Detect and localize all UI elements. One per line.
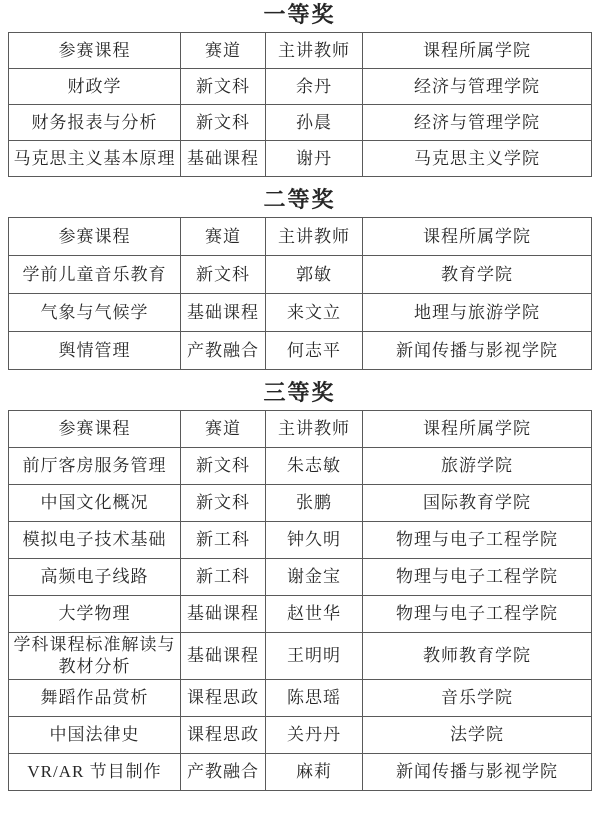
column-header-college: 课程所属学院 bbox=[363, 218, 592, 256]
cell-college: 新闻传播与影视学院 bbox=[363, 754, 592, 791]
cell-track: 基础课程 bbox=[181, 141, 266, 177]
first-prize-table: 参赛课程赛道主讲教师课程所属学院财政学新文科余丹经济与管理学院财务报表与分析新文… bbox=[8, 32, 592, 177]
table-row: 中国文化概况新文科张鹏国际教育学院 bbox=[9, 485, 592, 522]
cell-track: 新工科 bbox=[181, 522, 266, 559]
cell-course: 舆情管理 bbox=[9, 332, 181, 370]
table-row: 大学物理基础课程赵世华物理与电子工程学院 bbox=[9, 596, 592, 633]
column-header-teacher: 主讲教师 bbox=[266, 411, 363, 448]
cell-course: 中国文化概况 bbox=[9, 485, 181, 522]
cell-track: 基础课程 bbox=[181, 294, 266, 332]
table-row: 气象与气候学基础课程来文立地理与旅游学院 bbox=[9, 294, 592, 332]
second-prize-title: 二等奖 bbox=[0, 187, 599, 213]
cell-course: 财政学 bbox=[9, 69, 181, 105]
cell-course: VR/AR 节目制作 bbox=[9, 754, 181, 791]
cell-course: 模拟电子技术基础 bbox=[9, 522, 181, 559]
cell-teacher: 关丹丹 bbox=[266, 717, 363, 754]
cell-teacher: 孙晨 bbox=[266, 105, 363, 141]
table-row: 学科课程标准解读与 教材分析基础课程王明明教师教育学院 bbox=[9, 633, 592, 680]
table-row: 舆情管理产教融合何志平新闻传播与影视学院 bbox=[9, 332, 592, 370]
table-row: 财政学新文科余丹经济与管理学院 bbox=[9, 69, 592, 105]
cell-course: 前厅客房服务管理 bbox=[9, 448, 181, 485]
cell-college: 教育学院 bbox=[363, 256, 592, 294]
column-header-teacher: 主讲教师 bbox=[266, 33, 363, 69]
column-header-course: 参赛课程 bbox=[9, 411, 181, 448]
cell-course: 财务报表与分析 bbox=[9, 105, 181, 141]
third-prize-title: 三等奖 bbox=[0, 380, 599, 406]
header-row: 参赛课程赛道主讲教师课程所属学院 bbox=[9, 33, 592, 69]
table-row: 学前儿童音乐教育新文科郭敏教育学院 bbox=[9, 256, 592, 294]
cell-track: 基础课程 bbox=[181, 596, 266, 633]
cell-course: 学前儿童音乐教育 bbox=[9, 256, 181, 294]
column-header-track: 赛道 bbox=[181, 411, 266, 448]
cell-course: 舞蹈作品赏析 bbox=[9, 680, 181, 717]
cell-teacher: 王明明 bbox=[266, 633, 363, 680]
cell-track: 基础课程 bbox=[181, 633, 266, 680]
cell-track: 课程思政 bbox=[181, 680, 266, 717]
cell-track: 产教融合 bbox=[181, 332, 266, 370]
cell-track: 新文科 bbox=[181, 485, 266, 522]
cell-teacher: 赵世华 bbox=[266, 596, 363, 633]
column-header-track: 赛道 bbox=[181, 218, 266, 256]
cell-teacher: 余丹 bbox=[266, 69, 363, 105]
cell-track: 新文科 bbox=[181, 448, 266, 485]
third-prize-section: 三等奖 参赛课程赛道主讲教师课程所属学院前厅客房服务管理新文科朱志敏旅游学院中国… bbox=[0, 380, 599, 791]
cell-teacher: 谢丹 bbox=[266, 141, 363, 177]
cell-college: 教师教育学院 bbox=[363, 633, 592, 680]
header-row: 参赛课程赛道主讲教师课程所属学院 bbox=[9, 218, 592, 256]
cell-college: 国际教育学院 bbox=[363, 485, 592, 522]
cell-college: 经济与管理学院 bbox=[363, 105, 592, 141]
table-row: 模拟电子技术基础新工科钟久明物理与电子工程学院 bbox=[9, 522, 592, 559]
cell-course: 学科课程标准解读与 教材分析 bbox=[9, 633, 181, 680]
cell-teacher: 郭敏 bbox=[266, 256, 363, 294]
cell-college: 物理与电子工程学院 bbox=[363, 559, 592, 596]
cell-track: 新工科 bbox=[181, 559, 266, 596]
cell-course: 高频电子线路 bbox=[9, 559, 181, 596]
table-row: 前厅客房服务管理新文科朱志敏旅游学院 bbox=[9, 448, 592, 485]
cell-college: 物理与电子工程学院 bbox=[363, 522, 592, 559]
column-header-teacher: 主讲教师 bbox=[266, 218, 363, 256]
first-prize-title: 一等奖 bbox=[0, 2, 599, 28]
cell-course: 马克思主义基本原理 bbox=[9, 141, 181, 177]
cell-teacher: 朱志敏 bbox=[266, 448, 363, 485]
cell-college: 法学院 bbox=[363, 717, 592, 754]
table-row: 舞蹈作品赏析课程思政陈思瑶音乐学院 bbox=[9, 680, 592, 717]
table-row: 财务报表与分析新文科孙晨经济与管理学院 bbox=[9, 105, 592, 141]
cell-course: 气象与气候学 bbox=[9, 294, 181, 332]
cell-track: 新文科 bbox=[181, 105, 266, 141]
cell-college: 新闻传播与影视学院 bbox=[363, 332, 592, 370]
cell-college: 旅游学院 bbox=[363, 448, 592, 485]
cell-course: 中国法律史 bbox=[9, 717, 181, 754]
cell-teacher: 谢金宝 bbox=[266, 559, 363, 596]
cell-teacher: 麻莉 bbox=[266, 754, 363, 791]
cell-college: 马克思主义学院 bbox=[363, 141, 592, 177]
table-row: 高频电子线路新工科谢金宝物理与电子工程学院 bbox=[9, 559, 592, 596]
cell-teacher: 钟久明 bbox=[266, 522, 363, 559]
cell-track: 新文科 bbox=[181, 256, 266, 294]
cell-teacher: 来文立 bbox=[266, 294, 363, 332]
cell-college: 经济与管理学院 bbox=[363, 69, 592, 105]
cell-teacher: 张鹏 bbox=[266, 485, 363, 522]
award-results-page: { "colors": { "text": "#262626", "border… bbox=[0, 0, 599, 822]
header-row: 参赛课程赛道主讲教师课程所属学院 bbox=[9, 411, 592, 448]
table-row: 马克思主义基本原理基础课程谢丹马克思主义学院 bbox=[9, 141, 592, 177]
column-header-college: 课程所属学院 bbox=[363, 33, 592, 69]
column-header-college: 课程所属学院 bbox=[363, 411, 592, 448]
cell-college: 物理与电子工程学院 bbox=[363, 596, 592, 633]
cell-college: 地理与旅游学院 bbox=[363, 294, 592, 332]
cell-college: 音乐学院 bbox=[363, 680, 592, 717]
third-prize-table: 参赛课程赛道主讲教师课程所属学院前厅客房服务管理新文科朱志敏旅游学院中国文化概况… bbox=[8, 410, 592, 791]
column-header-course: 参赛课程 bbox=[9, 33, 181, 69]
table-row: VR/AR 节目制作产教融合麻莉新闻传播与影视学院 bbox=[9, 754, 592, 791]
cell-teacher: 陈思瑶 bbox=[266, 680, 363, 717]
cell-course: 大学物理 bbox=[9, 596, 181, 633]
cell-track: 产教融合 bbox=[181, 754, 266, 791]
second-prize-table: 参赛课程赛道主讲教师课程所属学院学前儿童音乐教育新文科郭敏教育学院气象与气候学基… bbox=[8, 217, 592, 370]
cell-track: 课程思政 bbox=[181, 717, 266, 754]
second-prize-section: 二等奖 参赛课程赛道主讲教师课程所属学院学前儿童音乐教育新文科郭敏教育学院气象与… bbox=[0, 187, 599, 370]
column-header-track: 赛道 bbox=[181, 33, 266, 69]
first-prize-section: 一等奖 参赛课程赛道主讲教师课程所属学院财政学新文科余丹经济与管理学院财务报表与… bbox=[0, 2, 599, 177]
cell-teacher: 何志平 bbox=[266, 332, 363, 370]
cell-track: 新文科 bbox=[181, 69, 266, 105]
table-row: 中国法律史课程思政关丹丹法学院 bbox=[9, 717, 592, 754]
column-header-course: 参赛课程 bbox=[9, 218, 181, 256]
